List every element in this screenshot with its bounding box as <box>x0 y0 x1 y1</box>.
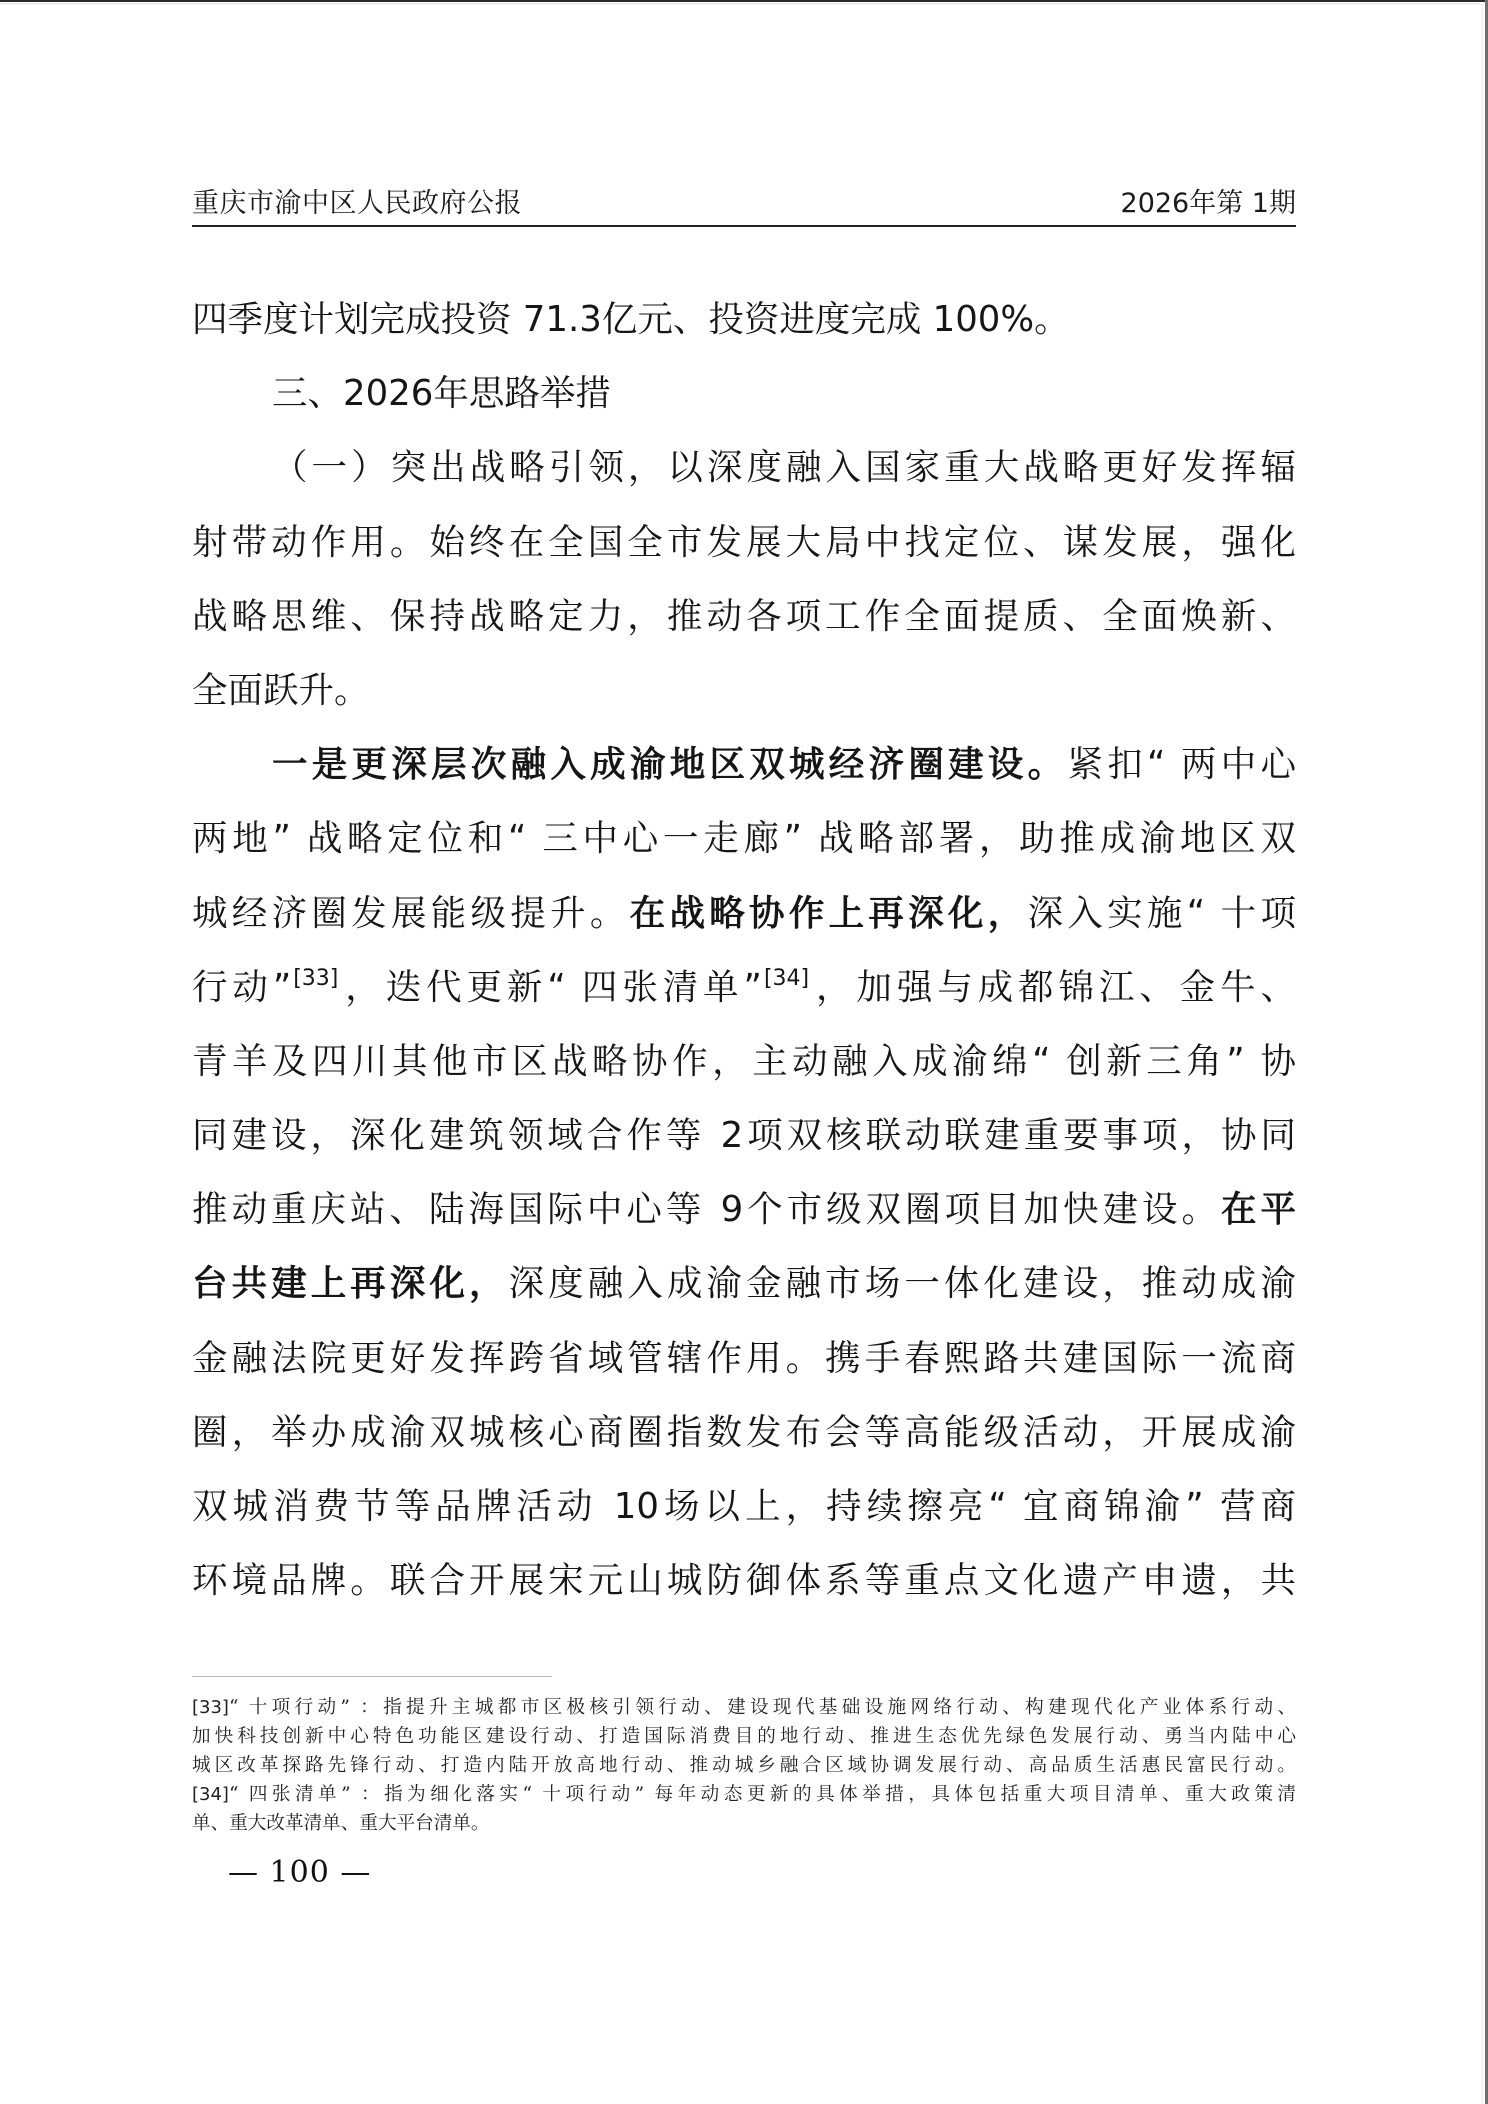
text-run: 行动” <box>192 967 291 1008</box>
body-text: 四季度计划完成投资 71.3亿元、投资进度完成 100%。 三、2026年思路举… <box>192 283 1296 1618</box>
footnotes: [33]“ 十项行动” ：指提升主城都市区极核引领行动、建设现代基础设施网络行动… <box>192 1693 1296 1838</box>
page-top-border <box>0 0 1488 2</box>
footnote-33-line: [33]“ 十项行动” ：指提升主城都市区极核引领行动、建设现代基础设施网络行动… <box>192 1693 1296 1722</box>
section-heading: 三、2026年思路举措 <box>192 357 1296 431</box>
paragraph-line: 环境品牌。联合开展宋元山城防御体系等重点文化遗产申遗，共 <box>192 1544 1296 1618</box>
subsection-heading-line: （一）突出战略引领，以深度融入国家重大战略更好发挥辐 <box>192 431 1296 505</box>
page-right-border-inner <box>1481 4 1483 2104</box>
paragraph-line: 两地” 战略定位和“ 三中心一走廊” 战略部署，助推成渝地区双 <box>192 802 1296 876</box>
footnote-number: [34] <box>192 1784 229 1805</box>
emphasis-heading: 一是更深层次融入成渝地区双城经济圈建设。 <box>272 744 1067 785</box>
paragraph-line: 推动重庆站、陆海国际中心等 9个市级双圈项目加快建设。在平 <box>192 1173 1296 1247</box>
text-run: 推动重庆站、陆海国际中心等 9个市级双圈项目加快建设。 <box>192 1189 1221 1230</box>
body-line: 战略思维、保持战略定力，推动各项工作全面提质、全面焕新、 <box>192 580 1296 654</box>
text-run: 城经济圈发展能级提升。 <box>192 893 630 934</box>
body-line: 四季度计划完成投资 71.3亿元、投资进度完成 100%。 <box>192 283 1296 357</box>
footnote-33-line: 城区改革探路先锋行动、打造内陆开放高地行动、推动城乡融合区域协调发展行动、高品质… <box>192 1751 1296 1780</box>
paragraph-line: 青羊及四川其他市区战略协作，主动融入成渝绵“ 创新三角” 协 <box>192 1025 1296 1099</box>
emphasis-phrase: 在平 <box>1221 1189 1296 1230</box>
emphasis-phrase: 台共建上再深化， <box>192 1263 509 1304</box>
text-run: ，迭代更新“ 四张清单” <box>340 967 762 1008</box>
page-top-border-shadow <box>0 3 1480 5</box>
footnote-ref-34[interactable]: [34] <box>764 966 809 991</box>
paragraph-line: 双城消费节等品牌活动 10场以上，持续擦亮“ 宜商锦渝” 营商 <box>192 1470 1296 1544</box>
page-number: — 100 — <box>228 1855 371 1890</box>
paragraph-line: 台共建上再深化，深度融入成渝金融市场一体化建设，推动成渝 <box>192 1247 1296 1321</box>
paragraph-line: 一是更深层次融入成渝地区双城经济圈建设。紧扣“ 两中心 <box>192 728 1296 802</box>
paragraph-line: 城经济圈发展能级提升。在战略协作上再深化，深入实施“ 十项 <box>192 877 1296 951</box>
footnote-34-line: 单、重大改革清单、重大平台清单。 <box>192 1809 1296 1838</box>
footnote-number: [33] <box>192 1697 229 1718</box>
paragraph-line: 行动”[33]，迭代更新“ 四张清单”[34]，加强与成都锦江、金牛、 <box>192 951 1296 1025</box>
footnote-text: “ 四张清单” ：指为细化落实“ 十项行动” 每年动态更新的具体举措，具体包括重… <box>229 1784 1296 1805</box>
footnote-separator <box>192 1676 552 1677</box>
footnote-34-line: [34]“ 四张清单” ：指为细化落实“ 十项行动” 每年动态更新的具体举措，具… <box>192 1780 1296 1809</box>
text-run: ，加强与成都锦江、金牛、 <box>811 967 1296 1008</box>
body-line: 全面跃升。 <box>192 654 1296 728</box>
issue-number: 2026年第 1期 <box>1121 181 1296 220</box>
publication-title: 重庆市渝中区人民政府公报 <box>192 181 522 220</box>
text-run: 深度融入成渝金融市场一体化建设，推动成渝 <box>509 1263 1296 1304</box>
paragraph-line: 圈，举办成渝双城核心商圈指数发布会等高能级活动，开展成渝 <box>192 1396 1296 1470</box>
paragraph-line: 金融法院更好发挥跨省域管辖作用。携手春熙路共建国际一流商 <box>192 1322 1296 1396</box>
running-header: 重庆市渝中区人民政府公报 2026年第 1期 <box>192 181 1296 221</box>
footnote-ref-33[interactable]: [33] <box>293 966 338 991</box>
emphasis-phrase: 在战略协作上再深化， <box>630 893 1028 934</box>
body-line: 射带动作用。始终在全国全市发展大局中找定位、谋发展，强化 <box>192 506 1296 580</box>
paragraph-line: 同建设，深化建筑领域合作等 2项双核联动联建重要事项，协同 <box>192 1099 1296 1173</box>
header-rule <box>192 225 1296 227</box>
text-run: 深入实施“ 十项 <box>1028 893 1296 934</box>
footnote-33-line: 加快科技创新中心特色功能区建设行动、打造国际消费目的地行动、推进生态优先绿色发展… <box>192 1722 1296 1751</box>
footnote-text: “ 十项行动” ：指提升主城都市区极核引领行动、建设现代基础设施网络行动、构建现… <box>229 1697 1296 1718</box>
text-run: 紧扣“ 两中心 <box>1067 744 1296 785</box>
